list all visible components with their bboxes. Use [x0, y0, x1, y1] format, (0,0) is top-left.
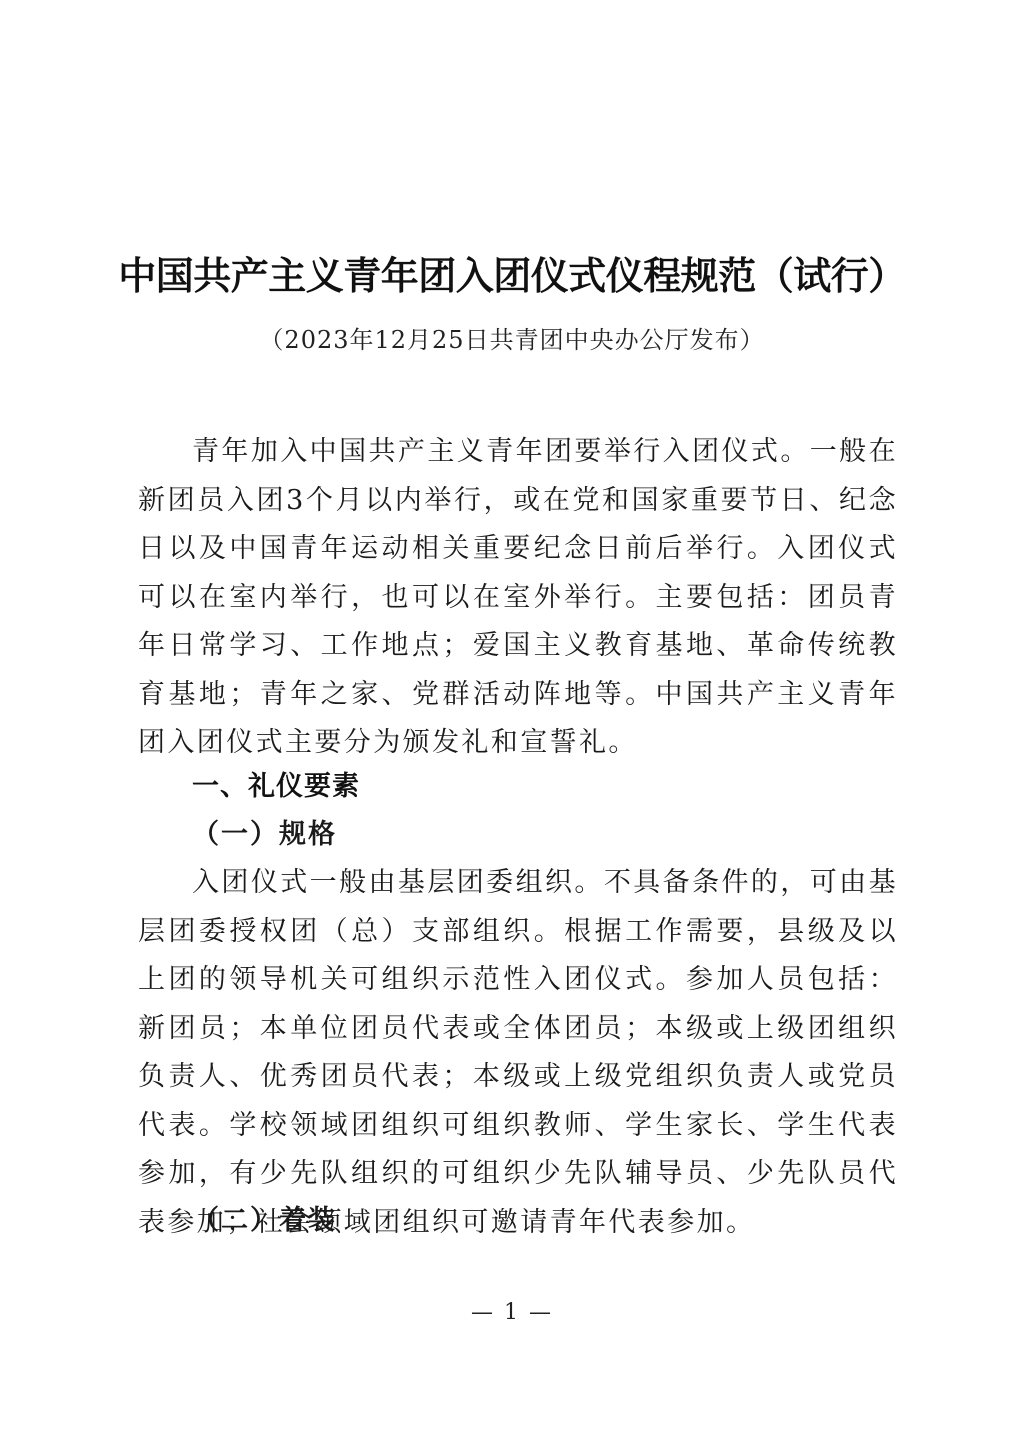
document-subtitle: （2023年12月25日共青团中央办公厅发布） — [0, 320, 1024, 360]
section-heading: 一、礼仪要素 — [192, 763, 360, 811]
page-number: — 1 — — [0, 1298, 1024, 1328]
subsection-heading-attire: （二）着装 — [192, 1197, 337, 1245]
document-page: 中国共产主义青年团入团仪式仪程规范（试行） （2023年12月25日共青团中央办… — [0, 0, 1024, 1448]
intro-paragraph: 青年加入中国共产主义青年团要举行入团仪式。一般在新团员入团3个月以内举行，或在党… — [138, 428, 898, 768]
document-title: 中国共产主义青年团入团仪式仪程规范（试行） — [0, 248, 1024, 304]
specs-paragraph: 入团仪式一般由基层团委组织。不具备条件的，可由基层团委授权团（总）支部组织。根据… — [138, 859, 898, 1247]
subsection-heading-specs: （一）规格 — [192, 811, 337, 859]
